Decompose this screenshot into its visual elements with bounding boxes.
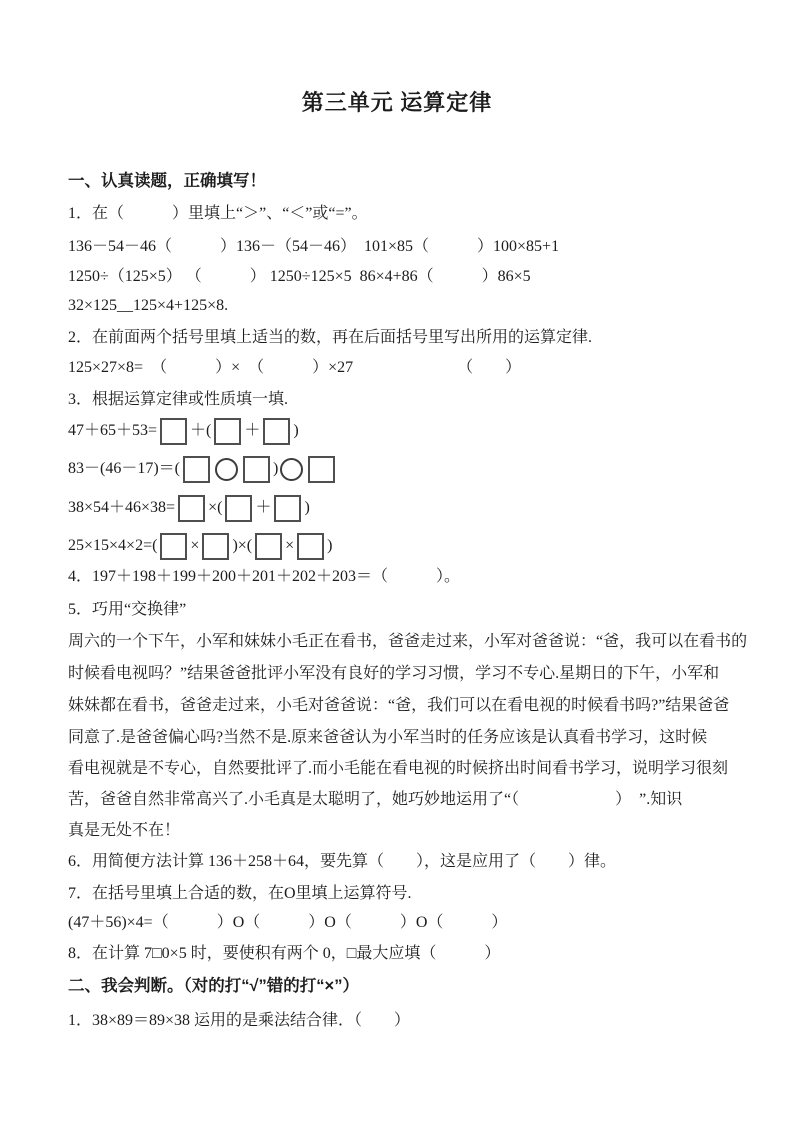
equation-text: ＋ xyxy=(255,497,271,519)
answer-box xyxy=(243,456,270,483)
equation-text: )×( xyxy=(232,535,252,557)
fill-equation-3: 38×54＋46×38=×(＋) xyxy=(68,490,310,526)
question-7-text: 7．在括号里填上合适的数，在O里填上运算符号. xyxy=(68,883,412,905)
story-line-5: 看电视就是不专心，自然要批评了.而小毛能在看电视的时候挤出时间看书学习，说明学习… xyxy=(68,758,728,780)
answer-box xyxy=(255,533,282,560)
equation-text: ) xyxy=(273,458,278,480)
question-2-text: 2．在前面两个括号里填上适当的数，再在后面括号里写出所用的运算定律. xyxy=(68,327,592,349)
answer-box xyxy=(297,533,324,560)
answer-box xyxy=(214,418,241,445)
story-line-7: 真是无处不在！ xyxy=(68,820,180,842)
answer-box xyxy=(160,533,187,560)
question-3-text: 3．根据运算定律或性质填一填. xyxy=(68,389,288,411)
question-1-text: 1．在（ ）里填上“＞”、“＜”或“=”。 xyxy=(68,203,368,225)
operator-circle xyxy=(215,458,238,481)
worksheet-page: 第三单元 运算定律 一、认真读题，正确填写！ 1．在（ ）里填上“＞”、“＜”或… xyxy=(0,0,794,1123)
story-line-3: 妹妹都在看书，爸爸走过来，小毛对爸爸说：“爸，我们可以在看电视的时候看书吗?”结… xyxy=(68,695,729,717)
question-2-equation: 125×27×8= （ ）× （ ）×27 （ ） xyxy=(68,357,521,379)
story-line-2: 时候看电视吗？”结果爸爸批评小军没有良好的学习习惯，学习不专心.星期日的下午，小… xyxy=(68,663,719,685)
answer-box xyxy=(274,495,301,522)
answer-box xyxy=(308,456,335,483)
section-1-heading: 一、认真读题，正确填写！ xyxy=(68,170,266,192)
story-line-6: 苦，爸爸自然非常高兴了.小毛真是太聪明了，她巧妙地运用了“（ ） ”.知识 xyxy=(68,789,682,811)
story-line-1: 周六的一个下午，小军和妹妹小毛正在看书，爸爸走过来，小军对爸爸说：“爸，我可以在… xyxy=(68,631,747,653)
equation-text: × xyxy=(190,535,199,557)
story-line-4: 同意了.是爸爸偏心吗?当然不是.原来爸爸认为小军当时的任务应该是认真看书学习，这… xyxy=(68,727,707,749)
compare-row-1: 136－54－46（ ）136－（54－46） 101×85（ ）100×85+… xyxy=(68,236,559,258)
equation-text: 38×54＋46×38= xyxy=(68,497,175,519)
answer-box xyxy=(263,418,290,445)
equation-text: 47＋65＋53= xyxy=(68,420,157,442)
answer-box xyxy=(183,456,210,483)
section-2-heading: 二、我会判断。（对的打“√”错的打“×”） xyxy=(68,975,359,997)
question-8-text: 8．在计算 7□0×5 时，要使积有两个 0，□最大应填（ ） xyxy=(68,943,500,965)
fill-equation-1: 47＋65＋53=＋(＋) xyxy=(68,413,299,449)
answer-box xyxy=(178,495,205,522)
equation-text: 25×15×4×2=( xyxy=(68,535,157,557)
equation-text: ) xyxy=(304,497,309,519)
operator-circle xyxy=(280,458,303,481)
equation-text: ) xyxy=(327,535,332,557)
equation-text: 83－(46－17)＝( xyxy=(68,458,180,480)
question-6-text: 6．用简便方法计算 136＋258＋64，要先算（ ），这是应用了（ ）律。 xyxy=(68,851,616,873)
equation-text: × xyxy=(285,535,294,557)
compare-row-3: 32×125__125×4+125×8. xyxy=(68,295,228,317)
fill-equation-4: 25×15×4×2=(×)×(×) xyxy=(68,528,333,564)
page-title: 第三单元 运算定律 xyxy=(0,88,794,118)
equation-text: ×( xyxy=(208,497,222,519)
equation-text: ) xyxy=(293,420,298,442)
fill-equation-2: 83－(46－17)＝() xyxy=(68,451,338,487)
question-5-text: 5．巧用“交换律” xyxy=(68,599,186,621)
answer-box xyxy=(160,418,187,445)
equation-text: ＋ xyxy=(244,420,260,442)
answer-box xyxy=(225,495,252,522)
judge-item-1: 1．38×89＝89×38 运用的是乘法结合律．（ ） xyxy=(68,1010,410,1032)
compare-row-2: 1250÷（125×5） （ ） 1250÷125×5 86×4+86（ ）86… xyxy=(68,266,531,288)
equation-text: ＋( xyxy=(190,420,211,442)
question-7-equation: (47＋56)×4=（ ）O（ ）O（ ）O（ ） xyxy=(68,912,507,934)
question-4-text: 4．197＋198＋199＋200＋201＋202＋203＝（ ）。 xyxy=(68,566,460,588)
answer-box xyxy=(202,533,229,560)
